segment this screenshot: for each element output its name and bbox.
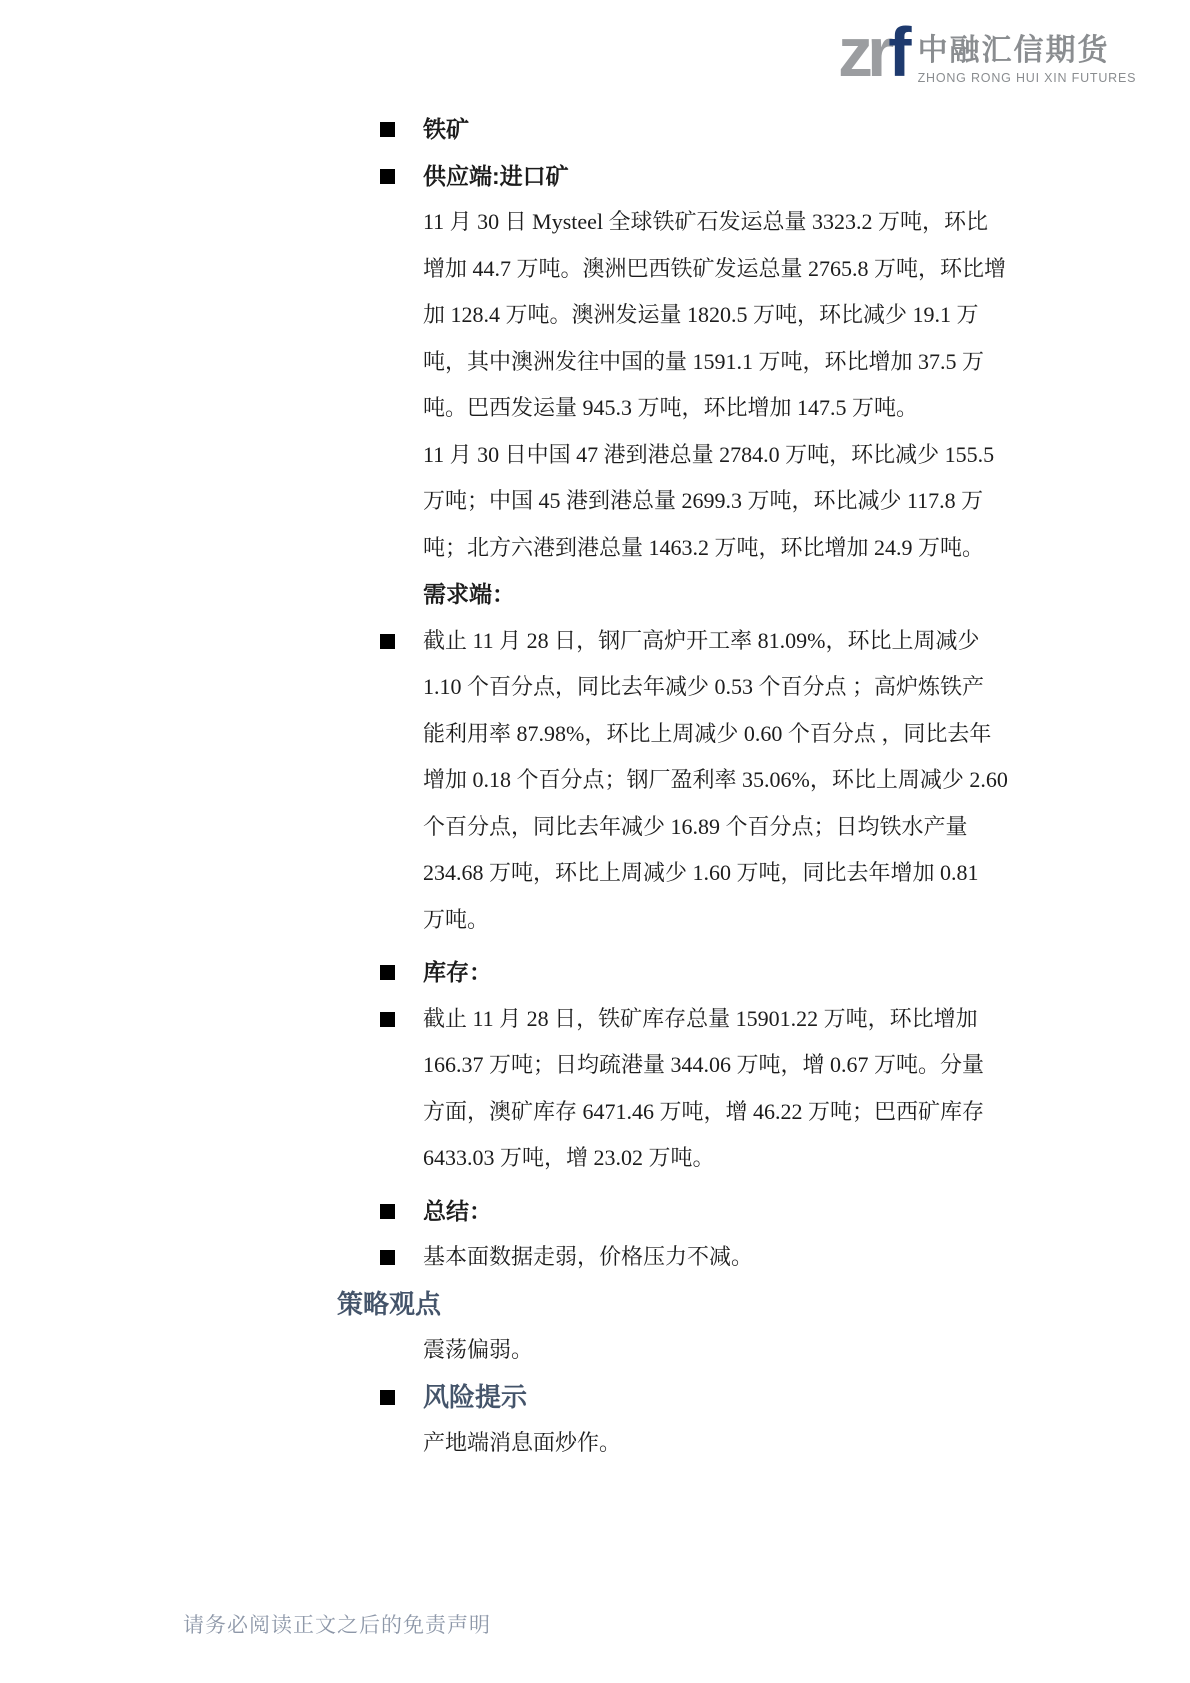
demand-paragraph-row: 截止 11 月 28 日，钢厂高炉开工率 81.09%，环比上周减少 1.10 … xyxy=(380,618,1150,944)
supply-paragraph-2: 11 月 30 日中国 47 港到港总量 2784.0 万吨，环比减少 155.… xyxy=(380,432,1150,572)
iron-ore-heading: 铁矿 xyxy=(423,106,469,153)
section-row-risk: 风险提示 xyxy=(380,1374,1150,1421)
strategy-section-heading: 策略观点 xyxy=(337,1281,1150,1328)
section-row-iron-ore: 铁矿 xyxy=(380,106,1150,153)
logo-names: 中融汇信期货 ZHONG RONG HUI XIN FUTURES xyxy=(918,20,1137,85)
logo-zr-letters: zr xyxy=(838,13,888,91)
bullet-square-icon xyxy=(380,949,423,980)
inventory-paragraph: 截止 11 月 28 日，铁矿库存总量 15901.22 万吨，环比增加 166… xyxy=(423,996,1150,1182)
bullet-square-icon xyxy=(380,106,423,137)
logo-zrf-mark: zrf xyxy=(838,20,906,84)
demand-heading: 需求端： xyxy=(380,571,1150,618)
bullet-square-icon xyxy=(380,153,423,184)
logo-f-letter: f xyxy=(888,13,905,91)
summary-text: 基本面数据走弱，价格压力不减。 xyxy=(423,1234,1150,1281)
inventory-paragraph-row: 截止 11 月 28 日，铁矿库存总量 15901.22 万吨，环比增加 166… xyxy=(380,996,1150,1182)
demand-paragraph: 截止 11 月 28 日，钢厂高炉开工率 81.09%，环比上周减少 1.10 … xyxy=(423,618,1150,944)
bullet-square-icon xyxy=(380,1234,423,1265)
section-row-inventory: 库存： xyxy=(380,949,1150,996)
bullet-square-icon xyxy=(380,1374,423,1405)
bullet-square-icon xyxy=(380,618,423,649)
section-row-summary: 总结： xyxy=(380,1188,1150,1235)
footer-disclaimer: 请务必阅读正文之后的免责声明 xyxy=(183,1612,491,1638)
strategy-text: 震荡偏弱。 xyxy=(380,1327,1150,1374)
bullet-square-icon xyxy=(380,122,395,137)
bullet-square-icon xyxy=(380,1390,395,1405)
summary-paragraph-row: 基本面数据走弱，价格压力不减。 xyxy=(380,1234,1150,1281)
bullet-square-icon xyxy=(380,1012,395,1027)
bullet-square-icon xyxy=(380,169,395,184)
bullet-square-icon xyxy=(380,634,395,649)
company-name-en: ZHONG RONG HUI XIN FUTURES xyxy=(918,71,1137,85)
bullet-square-icon xyxy=(380,1250,395,1265)
bullet-square-icon xyxy=(380,996,423,1027)
report-page: zrf 中融汇信期货 ZHONG RONG HUI XIN FUTURES 铁矿… xyxy=(0,0,1190,1683)
report-body: 铁矿 供应端:进口矿 11 月 30 日 Mysteel 全球铁矿石发运总量 3… xyxy=(380,106,1150,1467)
section-row-supply: 供应端:进口矿 xyxy=(380,153,1150,200)
bullet-square-icon xyxy=(380,965,395,980)
summary-heading: 总结： xyxy=(423,1188,492,1235)
inventory-heading: 库存： xyxy=(423,949,492,996)
bullet-square-icon xyxy=(380,1188,423,1219)
supply-paragraph-1: 11 月 30 日 Mysteel 全球铁矿石发运总量 3323.2 万吨，环比… xyxy=(380,199,1150,432)
risk-heading: 风险提示 xyxy=(423,1374,527,1421)
risk-text: 产地端消息面炒作。 xyxy=(380,1420,1150,1467)
supply-heading: 供应端:进口矿 xyxy=(423,153,569,200)
company-logo: zrf 中融汇信期货 ZHONG RONG HUI XIN FUTURES xyxy=(838,20,1136,85)
company-name-cn: 中融汇信期货 xyxy=(918,34,1137,68)
bullet-square-icon xyxy=(380,1204,395,1219)
